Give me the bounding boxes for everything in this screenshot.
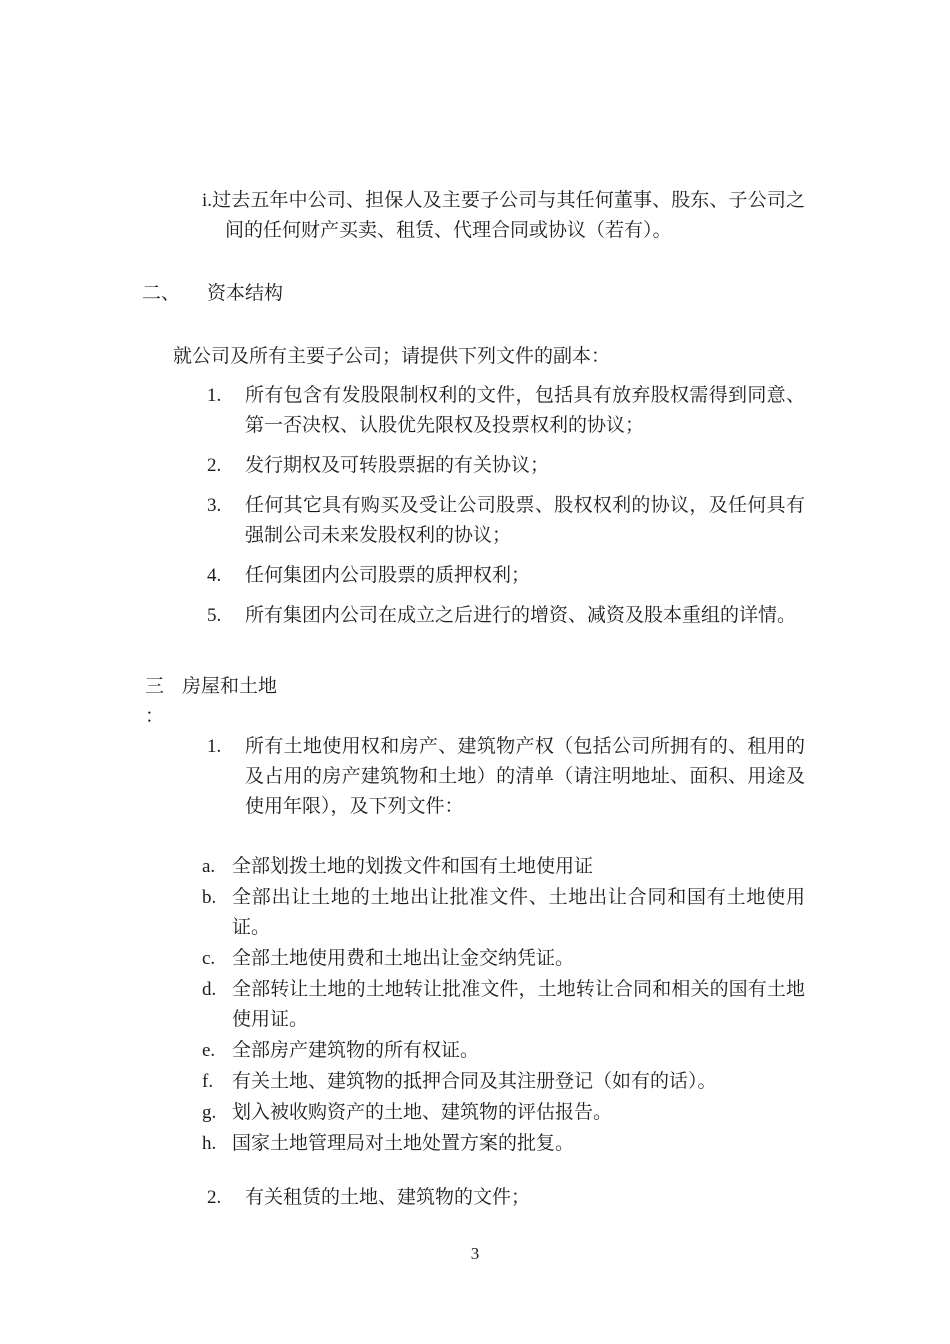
letter-item-c: c. 全部土地使用费和土地出让金交纳凭证。: [202, 944, 805, 974]
section-2-number: 二、: [142, 279, 207, 309]
list-marker: e.: [202, 1036, 232, 1066]
list-text: 有关租赁的土地、建筑物的文件；: [245, 1183, 805, 1213]
list-marker: 1.: [207, 381, 245, 441]
list-marker: 5.: [207, 601, 245, 631]
list-marker: d.: [202, 975, 232, 1035]
list-marker: 3.: [207, 491, 245, 551]
section-3-item-2: 2. 有关租赁的土地、建筑物的文件；: [207, 1183, 805, 1213]
list-item-4: 4. 任何集团内公司股票的质押权利；: [207, 561, 805, 591]
paragraph-i: i.过去五年中公司、担保人及主要子公司与其任何董事、股东、子公司之间的任何财产买…: [225, 186, 805, 246]
list-marker: g.: [202, 1098, 232, 1128]
letter-item-b: b. 全部出让土地的土地出让批准文件、土地出让合同和国有土地使用证。: [202, 883, 805, 943]
section-3-heading: 三房屋和土地: [145, 672, 950, 702]
section-3-item-1: 1. 所有土地使用权和房产、建筑物产权（包括公司所拥有的、租用的及占用的房产建筑…: [207, 732, 805, 822]
list-text: 任何集团内公司股票的质押权利；: [245, 561, 805, 591]
list-text: 所有包含有发股限制权利的文件，包括具有放弃股权需得到同意、第一否决权、认股优先限…: [245, 381, 805, 441]
list-text: 全部房产建筑物的所有权证。: [232, 1036, 805, 1066]
letter-item-g: g. 划入被收购资产的土地、建筑物的评估报告。: [202, 1098, 805, 1128]
section-2-title: 资本结构: [207, 283, 283, 304]
list-text: 所有集团内公司在成立之后进行的增资、减资及股本重组的详情。: [245, 601, 805, 631]
list-item-1: 1. 所有包含有发股限制权利的文件，包括具有放弃股权需得到同意、第一否决权、认股…: [207, 381, 805, 441]
list-marker: c.: [202, 944, 232, 974]
document-page: i.过去五年中公司、担保人及主要子公司与其任何董事、股东、子公司之间的任何财产买…: [0, 0, 950, 1344]
list-marker: h.: [202, 1129, 232, 1159]
section-2-list: 1. 所有包含有发股限制权利的文件，包括具有放弃股权需得到同意、第一否决权、认股…: [0, 381, 950, 631]
letter-item-a: a. 全部划拨土地的划拨文件和国有土地使用证: [202, 852, 805, 882]
list-text: 全部转让土地的土地转让批准文件，土地转让合同和相关的国有土地使用证。: [232, 975, 805, 1035]
list-item-5: 5. 所有集团内公司在成立之后进行的增资、减资及股本重组的详情。: [207, 601, 805, 631]
list-text: 有关土地、建筑物的抵押合同及其注册登记（如有的话）。: [232, 1067, 805, 1097]
letter-item-e: e. 全部房产建筑物的所有权证。: [202, 1036, 805, 1066]
page-number: 3: [0, 1242, 950, 1266]
list-marker: b.: [202, 883, 232, 943]
list-text: 全部出让土地的土地出让批准文件、土地出让合同和国有土地使用证。: [232, 883, 805, 943]
list-item-3: 3. 任何其它具有购买及受让公司股票、股权权利的协议，及任何具有强制公司未来发股…: [207, 491, 805, 551]
section-2-heading: 二、资本结构: [142, 279, 950, 309]
list-text: 国家土地管理局对土地处置方案的批复。: [232, 1129, 805, 1159]
list-text: 全部划拨土地的划拨文件和国有土地使用证: [232, 852, 805, 882]
section-3-number: 三: [145, 672, 182, 702]
list-marker: 4.: [207, 561, 245, 591]
section-2-intro: 就公司及所有主要子公司；请提供下列文件的副本：: [173, 342, 820, 372]
list-marker: f.: [202, 1067, 232, 1097]
list-item-2: 2. 发行期权及可转股票据的有关协议；: [207, 451, 805, 481]
list-text: 发行期权及可转股票据的有关协议；: [245, 451, 805, 481]
list-text: 任何其它具有购买及受让公司股票、股权权利的协议，及任何具有强制公司未来发股权利的…: [245, 491, 805, 551]
list-text: 全部土地使用费和土地出让金交纳凭证。: [232, 944, 805, 974]
section-3-title: 房屋和土地: [182, 676, 277, 697]
list-marker: a.: [202, 852, 232, 882]
section-3-colon: ：: [145, 702, 950, 732]
list-marker: 2.: [207, 1183, 245, 1213]
list-marker: 2.: [207, 451, 245, 481]
letter-item-f: f. 有关土地、建筑物的抵押合同及其注册登记（如有的话）。: [202, 1067, 805, 1097]
list-text: 划入被收购资产的土地、建筑物的评估报告。: [232, 1098, 805, 1128]
section-3-letter-list: a. 全部划拨土地的划拨文件和国有土地使用证 b. 全部出让土地的土地出让批准文…: [0, 852, 950, 1159]
letter-item-h: h. 国家土地管理局对土地处置方案的批复。: [202, 1129, 805, 1159]
list-text: 所有土地使用权和房产、建筑物产权（包括公司所拥有的、租用的及占用的房产建筑物和土…: [245, 732, 805, 822]
list-marker: 1.: [207, 732, 245, 822]
letter-item-d: d. 全部转让土地的土地转让批准文件，土地转让合同和相关的国有土地使用证。: [202, 975, 805, 1035]
